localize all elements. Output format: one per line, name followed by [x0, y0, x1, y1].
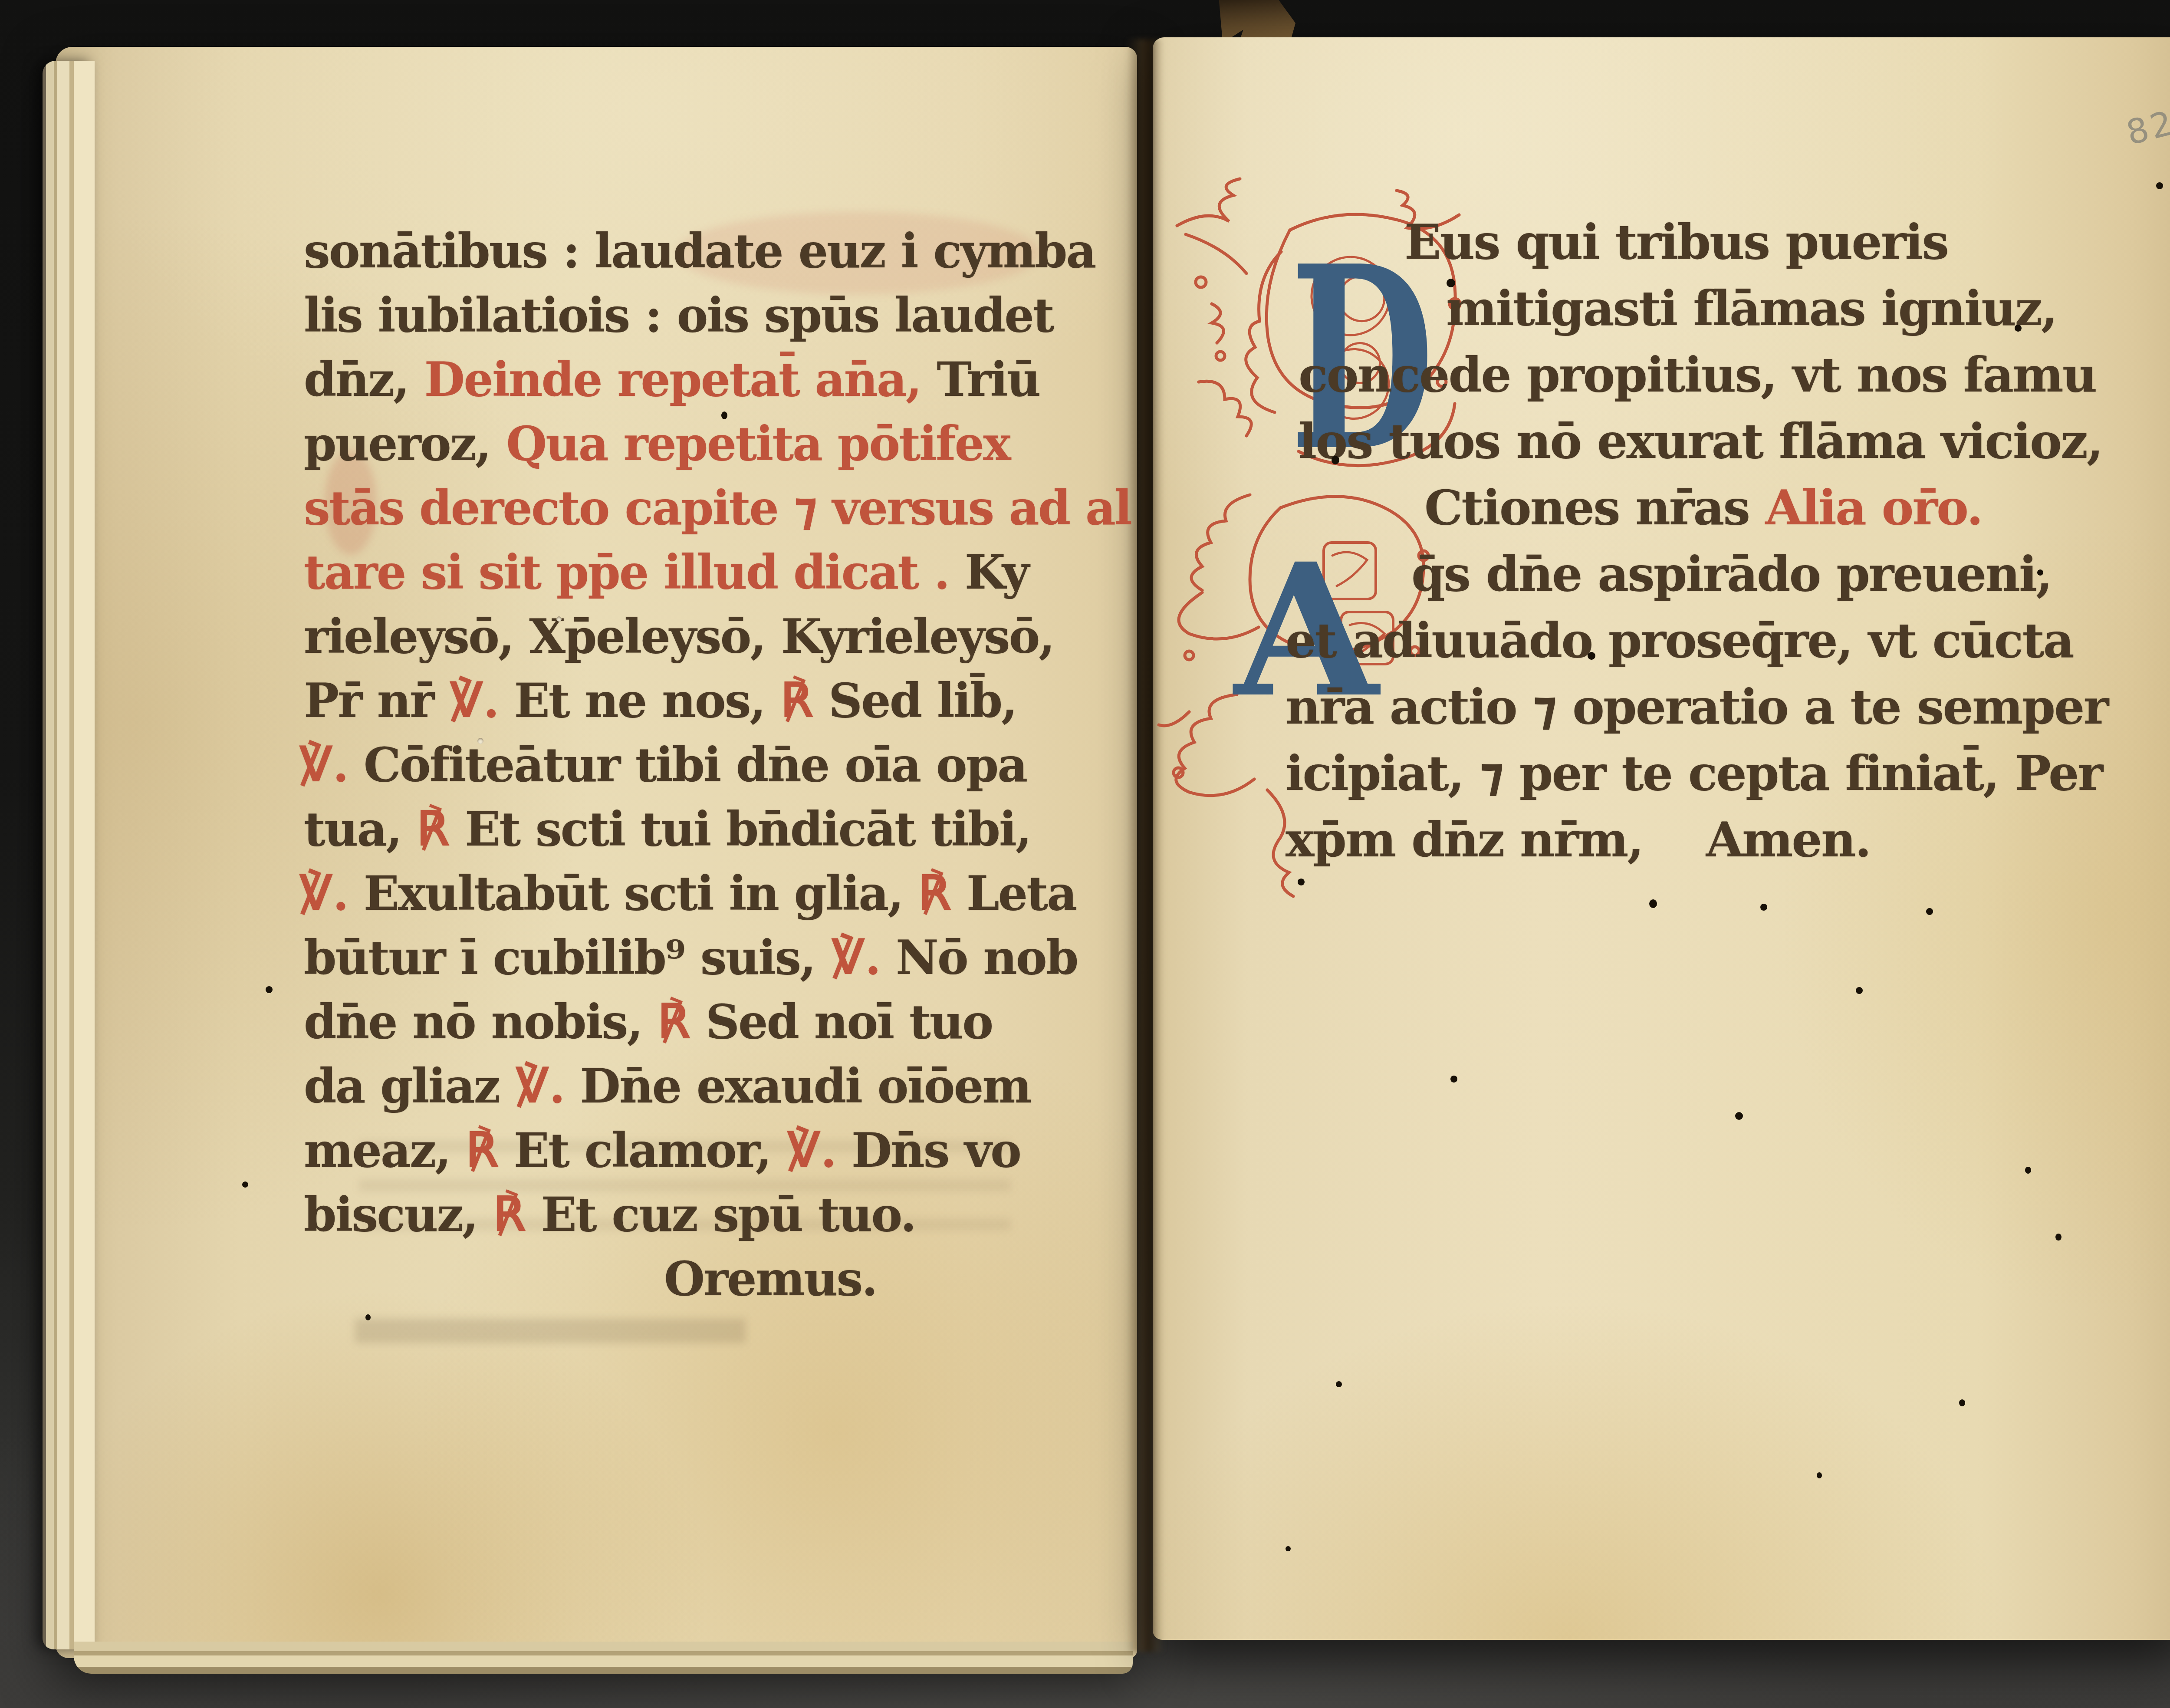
ink-speck: [2156, 182, 2163, 189]
text-segment: q̄s dn̄e aspirādo preueni,: [1411, 546, 2052, 602]
text-line: xp̄m dn̄z nr̄m, Amen.: [1272, 807, 2048, 873]
text-line: nr̄a actio ⁊ operatio a te semper: [1272, 674, 2048, 740]
page-edges-bottom: [74, 1642, 1133, 1674]
text-line: ℣. Cōfiteātur tibi dn̄e oīa opa: [299, 733, 1050, 797]
ink-speck: [2025, 1167, 2031, 1174]
text-segment: tua,: [304, 802, 417, 857]
text-segment: Cōfiteātur tibi dn̄e oīa opa: [348, 738, 1026, 793]
ink-speck: [1336, 1381, 1342, 1387]
text-line: dn̄e nō nobis, ℟ Sed noī tuo: [304, 990, 1050, 1054]
text-line: icipiat, ⁊ per te cepta finiat̄, Per: [1272, 740, 2048, 807]
text-line: los tuos nō exurat flāma vicioz,: [1272, 408, 2048, 475]
text-segment: Sed noī tuo: [690, 995, 992, 1050]
text-segment: dn̄e nō nobis,: [304, 995, 658, 1050]
text-segment: ℟: [466, 1123, 498, 1178]
text-segment: meaz,: [304, 1123, 466, 1178]
text-line: tua, ℟ Et scti tui bn̄dicāt tibi,: [304, 797, 1050, 862]
text-segment: ℣.: [299, 738, 348, 793]
text-segment: Deinde repetat̄ an̄a,: [424, 352, 937, 407]
text-segment: mitigasti flāmas igniuz,: [1446, 280, 2057, 337]
text-line: tare si sit pp̄e illud dicat . Ky: [304, 540, 1050, 605]
text-segment: ℟: [417, 802, 449, 857]
text-segment: rieleysō, Xp̄eleysō, Kyrieleysō,: [304, 609, 1054, 664]
ink-speck: [242, 1181, 248, 1188]
ink-speck: [1817, 1472, 1822, 1478]
text-segment: Qua repetita pōtifex: [506, 417, 1009, 471]
text-line: da gliaz ℣. Dn̄e exaudi oīōem: [304, 1054, 1050, 1119]
text-segment: Exultabūt scti in glia,: [348, 866, 918, 921]
text-segment: lis iubilatiois : ois spūs laudet: [304, 288, 1053, 343]
text-segment: ℣.: [786, 1123, 835, 1178]
ink-speck: [1959, 1399, 1965, 1406]
text-segment: da gliaz: [304, 1059, 515, 1114]
text-line: lis iubilatiois : ois spūs laudet: [304, 283, 1050, 348]
text-segment: ℣.: [515, 1059, 564, 1114]
text-segment: ℣.: [831, 931, 880, 985]
text-segment: los tuos nō exurat flāma vicioz,: [1299, 413, 2102, 470]
text-segment: Leta: [950, 866, 1076, 921]
text-line: meaz, ℟ Et clamor, ℣. Dn̄s vo: [304, 1119, 1050, 1183]
ink-speck: [721, 411, 727, 419]
text-segment: Sed lib̄,: [812, 674, 1016, 728]
text-segment: Et cuz spū tuo.: [525, 1188, 915, 1242]
manuscript-photo: D A sonātibus : laudate euz i cymbalis i…: [0, 0, 2170, 1708]
text-segment: ℣.: [299, 866, 348, 921]
text-segment: icipiat, ⁊ per te cepta finiat̄, Per: [1286, 745, 2102, 802]
text-segment: Alia or̄o.: [1766, 480, 1982, 536]
ink-speck: [1447, 279, 1455, 287]
text-segment: concede propitius, vt nos famu: [1299, 347, 2096, 403]
text-line: rieleysō, Xp̄eleysō, Kyrieleysō,: [304, 605, 1050, 669]
bleed-through: [355, 1319, 746, 1343]
text-segment: sonātibus : laudate euz i cymba: [304, 224, 1095, 279]
recto-text-block: Eus qui tribus puerismitigasti flāmas ig…: [1272, 209, 2048, 873]
parchment-hole: [556, 616, 562, 622]
ink-speck: [2015, 325, 2022, 332]
text-segment: Dn̄s vo: [835, 1123, 1020, 1178]
ink-speck: [1588, 652, 1595, 660]
ink-speck: [1735, 1112, 1743, 1120]
text-segment: būtur ī cubilib⁹ suis,: [304, 931, 831, 985]
text-segment: Eus qui tribus pueris: [1404, 214, 1948, 270]
text-line: stās derecto capite ⁊ versus ad al: [304, 476, 1050, 540]
text-segment: biscuz,: [304, 1188, 493, 1242]
text-segment: pueroz,: [304, 417, 506, 471]
text-segment: Oremus.: [664, 1252, 877, 1307]
ink-speck: [1332, 456, 1339, 464]
text-segment: Et ne nos,: [498, 674, 781, 728]
ink-speck: [1649, 899, 1657, 908]
text-segment: Et scti tui bn̄dicāt tibi,: [449, 802, 1030, 857]
text-segment: Nō nob: [880, 931, 1077, 985]
text-segment: Ctiones nr̄as: [1424, 480, 1766, 536]
ink-speck: [1286, 1546, 1291, 1551]
text-segment: stās derecto capite ⁊ versus ad al: [304, 481, 1131, 536]
text-segment: dn̄z,: [304, 352, 424, 407]
text-segment: Pr̄ nr̄: [304, 674, 449, 728]
text-line: q̄s dn̄e aspirādo preueni,: [1272, 541, 2048, 608]
text-line: biscuz, ℟ Et cuz spū tuo.: [304, 1183, 1050, 1247]
text-segment: Et clamor,: [498, 1123, 786, 1178]
text-segment: ℟: [493, 1188, 525, 1242]
ink-speck: [1760, 904, 1767, 911]
ink-speck: [1856, 987, 1863, 994]
text-line: būtur ī cubilib⁹ suis, ℣. Nō nob: [304, 926, 1050, 990]
text-line: et adiuuādo proseq̄re, vt cūcta: [1272, 608, 2048, 674]
ink-speck: [1926, 908, 1933, 915]
text-line: Eus qui tribus pueris: [1272, 209, 2048, 276]
text-line: Oremus.: [304, 1247, 1050, 1311]
text-line: concede propitius, vt nos famu: [1272, 342, 2048, 408]
parchment-hole: [477, 738, 483, 744]
ink-speck: [2055, 1234, 2061, 1241]
text-line: Pr̄ nr̄ ℣. Et ne nos, ℟ Sed lib̄,: [304, 669, 1050, 733]
text-segment: xp̄m dn̄z nr̄m, Amen.: [1286, 812, 1870, 868]
ink-speck: [2037, 569, 2043, 576]
text-segment: et adiuuādo proseq̄re, vt cūcta: [1286, 612, 2073, 669]
text-segment: Dn̄e exaudi oīōem: [564, 1059, 1031, 1114]
text-segment: ℟: [918, 866, 950, 921]
text-segment: ℟: [658, 995, 690, 1050]
ink-speck: [1298, 879, 1305, 885]
ink-speck: [365, 1314, 371, 1320]
page-edges-stack: [43, 61, 95, 1649]
verso-text-block: sonātibus : laudate euz i cymbalis iubil…: [304, 219, 1050, 1311]
text-segment: tare si sit pp̄e illud dicat .: [304, 545, 965, 600]
text-line: ℣. Exultabūt scti in glia, ℟ Leta: [299, 862, 1050, 926]
text-line: dn̄z, Deinde repetat̄ an̄a, Triū: [304, 348, 1050, 412]
ink-speck: [266, 986, 273, 993]
text-line: mitigasti flāmas igniuz,: [1272, 276, 2048, 342]
ink-speck: [1450, 1076, 1457, 1083]
text-segment: ℣.: [449, 674, 498, 728]
text-segment: Triū: [937, 352, 1039, 407]
text-line: sonātibus : laudate euz i cymba: [304, 219, 1050, 283]
text-line: pueroz, Qua repetita pōtifex: [304, 412, 1050, 476]
text-segment: ℟: [781, 674, 813, 728]
text-segment: nr̄a actio ⁊ operatio a te semper: [1286, 679, 2108, 735]
text-line: Ctiones nr̄as Alia or̄o.: [1272, 475, 2048, 541]
text-segment: Ky: [965, 545, 1028, 600]
